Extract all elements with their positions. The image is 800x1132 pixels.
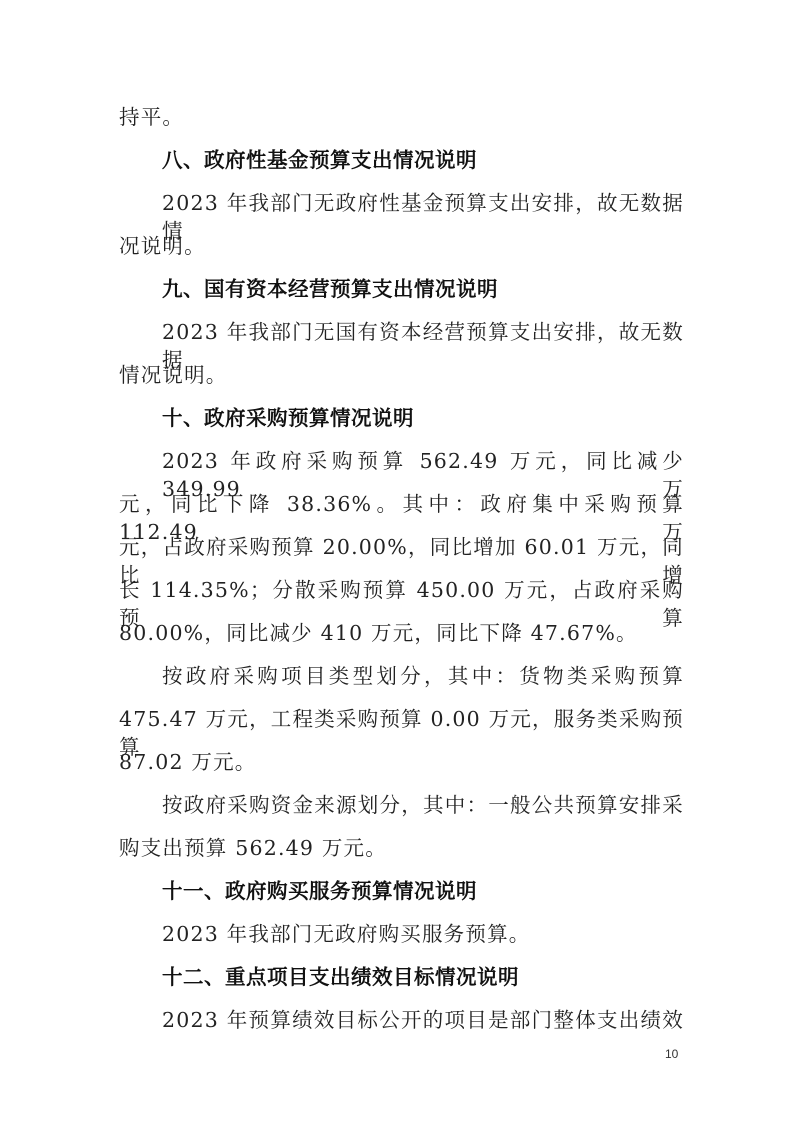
- paragraph-line: 87.02 万元。: [119, 748, 684, 776]
- paragraph-line: 按政府采购资金来源划分，其中：一般公共预算安排采: [162, 791, 684, 819]
- paragraph-line: 2023 年我部门无政府购买服务预算。: [162, 920, 684, 948]
- document-page: 持平。 八、政府性基金预算支出情况说明 2023 年我部门无政府性基金预算支出安…: [0, 0, 800, 1132]
- section-heading-8: 八、政府性基金预算支出情况说明: [162, 146, 477, 174]
- paragraph-line: 情况说明。: [119, 361, 684, 389]
- section-heading-11: 十一、政府购买服务预算情况说明: [162, 877, 477, 905]
- section-heading-10: 十、政府采购预算情况说明: [162, 404, 414, 432]
- paragraph-line: 按政府采购项目类型划分，其中：货物类采购预算: [162, 662, 684, 690]
- paragraph-line: 况说明。: [119, 232, 684, 260]
- paragraph-line: 购支出预算 562.49 万元。: [119, 834, 684, 862]
- section-heading-12: 十二、重点项目支出绩效目标情况说明: [162, 963, 519, 991]
- paragraph-line: 2023 年预算绩效目标公开的项目是部门整体支出绩效: [162, 1006, 684, 1034]
- page-number: 10: [665, 1047, 678, 1061]
- paragraph-line: 80.00%，同比减少 410 万元，同比下降 47.67%。: [119, 619, 684, 647]
- section-heading-9: 九、国有资本经营预算支出情况说明: [162, 275, 498, 303]
- paragraph-continuation: 持平。: [119, 103, 684, 131]
